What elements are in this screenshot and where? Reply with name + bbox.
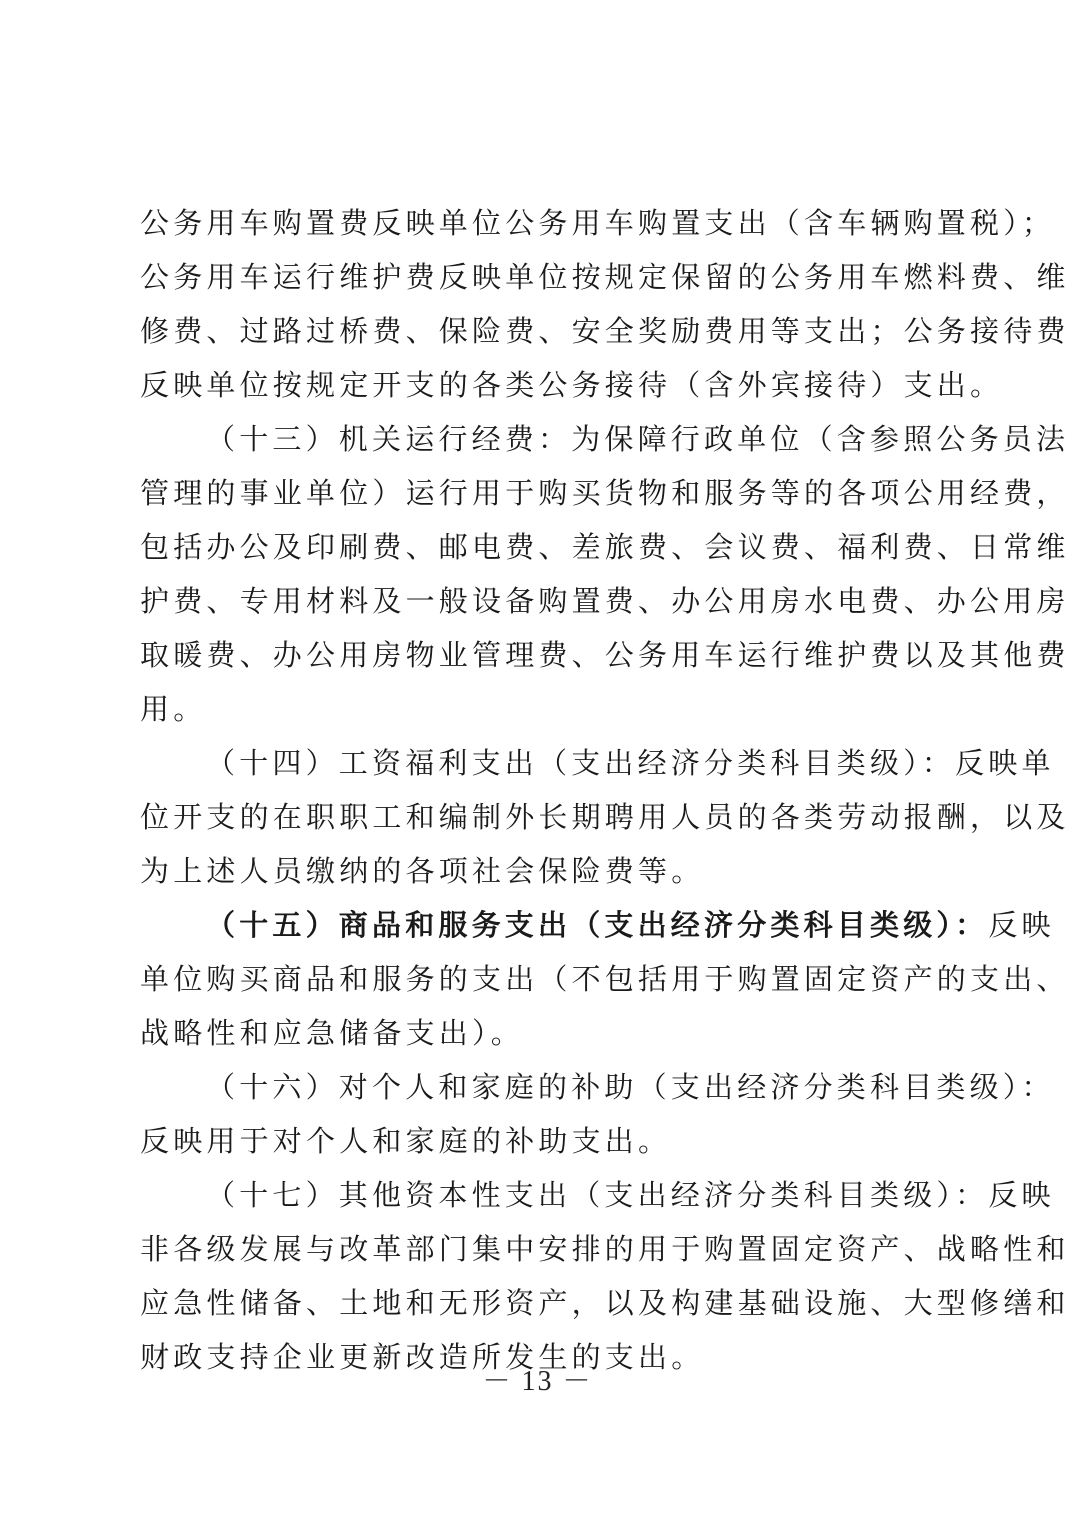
text-line: 反映单位按规定开支的各类公务接待（含外宾接待）支出。	[140, 358, 936, 412]
section-heading-15: （十五）商品和服务支出（支出经济分类科目类级）：	[206, 908, 988, 942]
text-line: 取暖费、办公用房物业管理费、公务用车运行维护费以及其他费	[140, 628, 936, 682]
text-line: 包括办公及印刷费、邮电费、差旅费、会议费、福利费、日常维	[140, 520, 936, 574]
paragraph-item-13: （十三）机关运行经费：为保障行政单位（含参照公务员法 管理的事业单位）运行用于购…	[140, 412, 936, 736]
section-heading-16: （十六）对个人和家庭的补助（支出经济分类科目类级）：	[206, 1070, 1055, 1104]
text-run: 为保障行政单位（含参照公务员法	[571, 422, 1069, 456]
text-line: 应急性储备、土地和无形资产，以及构建基础设施、大型修缮和	[140, 1276, 936, 1330]
text-line: 公务用车运行维护费反映单位按规定保留的公务用车燃料费、维	[140, 250, 936, 304]
text-line: 用。	[140, 682, 936, 736]
text-line: 反映用于对个人和家庭的补助支出。	[140, 1114, 936, 1168]
text-line: 修费、过路过桥费、保险费、安全奖励费用等支出；公务接待费	[140, 304, 936, 358]
section-heading-13: （十三）机关运行经费：	[206, 422, 571, 456]
text-run: 反映	[988, 908, 1054, 942]
text-run: 反映单	[955, 746, 1055, 780]
text-line: （十五）商品和服务支出（支出经济分类科目类级）：反映	[140, 898, 936, 952]
page-number: － 13 －	[0, 1362, 1075, 1402]
paragraph-item-16: （十六）对个人和家庭的补助（支出经济分类科目类级）： 反映用于对个人和家庭的补助…	[140, 1060, 936, 1168]
text-line: 管理的事业单位）运行用于购买货物和服务等的各项公用经费，	[140, 466, 936, 520]
text-line: 战略性和应急储备支出）。	[140, 1006, 936, 1060]
section-heading-14: （十四）工资福利支出（支出经济分类科目类级）：	[206, 746, 955, 780]
text-line: 位开支的在职职工和编制外长期聘用人员的各类劳动报酬，以及	[140, 790, 936, 844]
text-line: 护费、专用材料及一般设备购置费、办公用房水电费、办公用房	[140, 574, 936, 628]
paragraph-item-14: （十四）工资福利支出（支出经济分类科目类级）：反映单 位开支的在职职工和编制外长…	[140, 736, 936, 898]
section-heading-17: （十七）其他资本性支出（支出经济分类科目类级）：	[206, 1178, 988, 1212]
text-line: （十四）工资福利支出（支出经济分类科目类级）：反映单	[140, 736, 936, 790]
paragraph-item-17: （十七）其他资本性支出（支出经济分类科目类级）：反映 非各级发展与改革部门集中安…	[140, 1168, 936, 1384]
text-run: 反映	[988, 1178, 1054, 1212]
paragraph-item-15: （十五）商品和服务支出（支出经济分类科目类级）：反映 单位购买商品和服务的支出（…	[140, 898, 936, 1060]
text-line: 为上述人员缴纳的各项社会保险费等。	[140, 844, 936, 898]
document-page: 公务用车购置费反映单位公务用车购置支出（含车辆购置税）； 公务用车运行维护费反映…	[140, 196, 936, 1384]
text-line: 非各级发展与改革部门集中安排的用于购置固定资产、战略性和	[140, 1222, 936, 1276]
text-line: 单位购买商品和服务的支出（不包括用于购置固定资产的支出、	[140, 952, 936, 1006]
text-line: （十六）对个人和家庭的补助（支出经济分类科目类级）：	[140, 1060, 936, 1114]
text-line: （十七）其他资本性支出（支出经济分类科目类级）：反映	[140, 1168, 936, 1222]
text-line: （十三）机关运行经费：为保障行政单位（含参照公务员法	[140, 412, 936, 466]
text-line: 公务用车购置费反映单位公务用车购置支出（含车辆购置税）；	[140, 196, 936, 250]
paragraph-vehicle-costs: 公务用车购置费反映单位公务用车购置支出（含车辆购置税）； 公务用车运行维护费反映…	[140, 196, 936, 412]
